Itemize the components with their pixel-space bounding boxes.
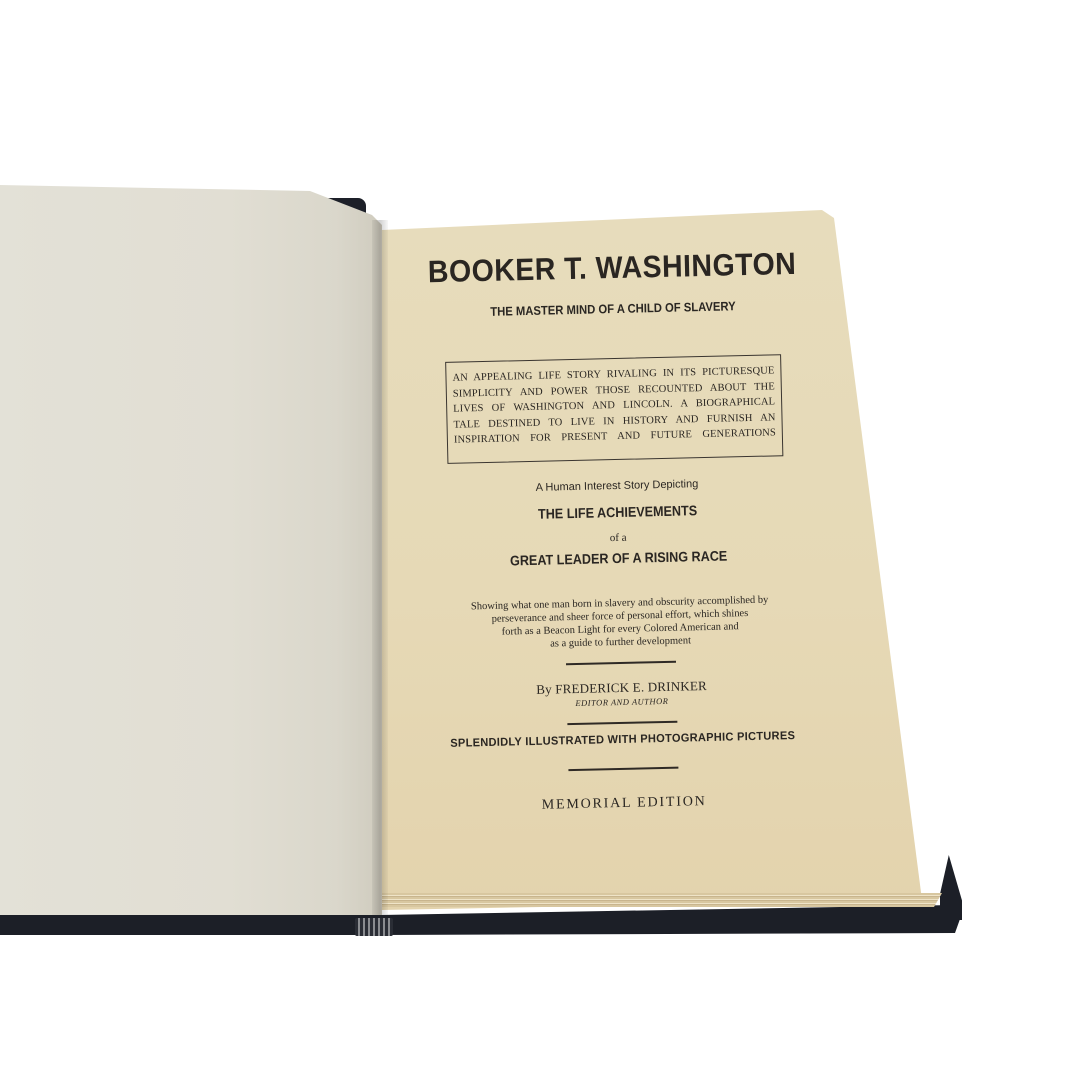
- book-subtitle: THE MASTER MIND OF A CHILD OF SLAVERY: [401, 297, 824, 321]
- spine-binding: [355, 918, 393, 936]
- divider-rule: [568, 767, 678, 771]
- blank-left-page: [0, 185, 382, 915]
- edition-label: MEMORIAL EDITION: [389, 791, 859, 818]
- divider-rule: [566, 661, 676, 665]
- description-paragraph: Showing what one man born in slavery and…: [425, 593, 816, 654]
- heading-life-achievements: THE LIFE ACHIEVEMENTS: [406, 499, 829, 525]
- illustration-note: SPLENDIDLY ILLUSTRATED WITH PHOTOGRAPHIC…: [397, 729, 848, 751]
- intro-line: A Human Interest Story Depicting: [382, 475, 852, 498]
- heading-great-leader: GREAT LEADER OF A RISING RACE: [407, 545, 830, 571]
- title-page-text: BOOKER T. WASHINGTON THE MASTER MIND OF …: [376, 205, 862, 905]
- divider-rule: [567, 721, 677, 725]
- book-cover-right-corner: [940, 855, 962, 920]
- boxed-blurb: AN APPEALING LIFE STORY RIVALING IN ITS …: [445, 354, 783, 464]
- open-book-photo: BOOKER T. WASHINGTON THE MASTER MIND OF …: [0, 0, 1080, 1080]
- book-title: BOOKER T. WASHINGTON: [396, 245, 829, 291]
